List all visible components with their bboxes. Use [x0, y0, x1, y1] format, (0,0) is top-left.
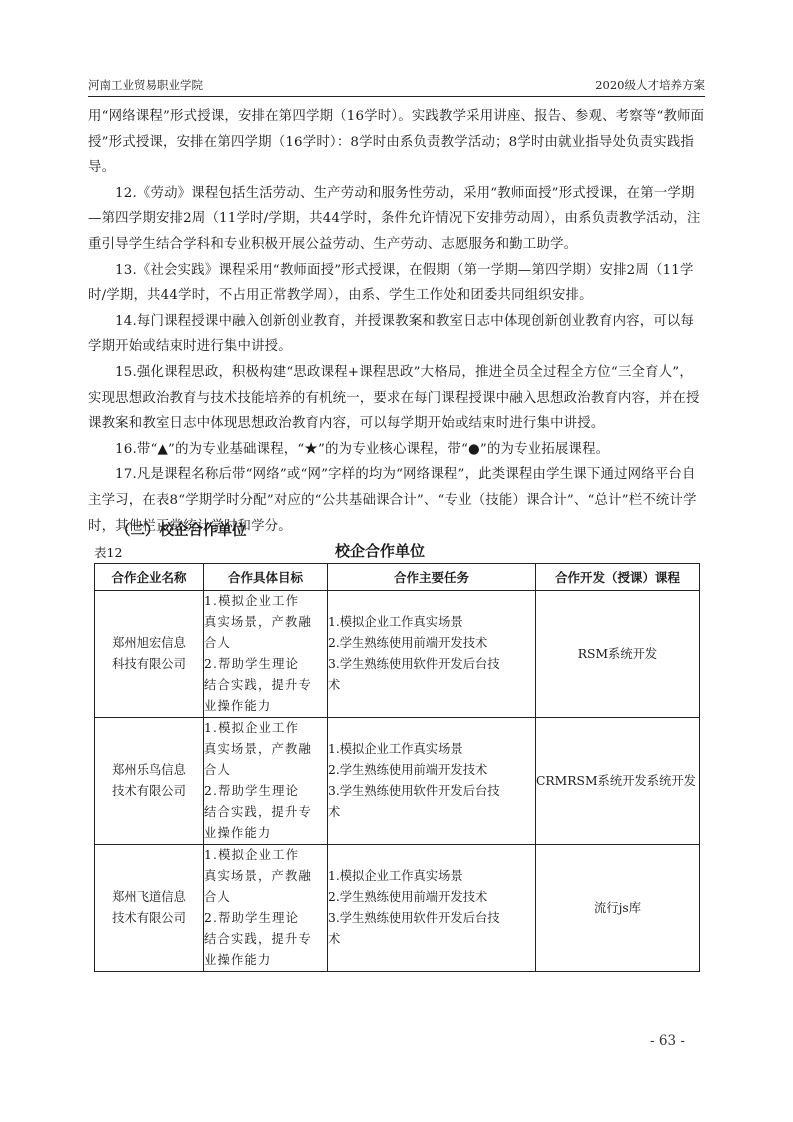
table-row: 郑州旭宏信息 科技有限公司 1.模拟企业工作 真实场景，产教融 合人 2.帮助学…	[95, 591, 700, 718]
column-header-tasks: 合作主要任务	[328, 564, 536, 591]
paragraph-item-12: 12.《劳动》课程包括生活劳动、生产劳动和服务性劳动，采用“教师面授”形式授课，…	[88, 181, 705, 258]
course-cell: RSM系统开发	[536, 591, 700, 718]
table-row: 郑州飞道信息 技术有限公司 1.模拟企业工作 真实场景，产教融 合人 2.帮助学…	[95, 845, 700, 972]
company-cell: 郑州旭宏信息 科技有限公司	[95, 591, 204, 718]
section-title: （二）校企合作单位	[116, 519, 247, 540]
course-cell: 流行js库	[536, 845, 700, 972]
paragraph-item-14: 14.每门课程授课中融入创新创业教育，并授课教案和教室日志中体现创新创业教育内容…	[88, 309, 705, 360]
page-number: - 63 -	[650, 1033, 685, 1049]
table-title: 校企合作单位	[335, 540, 425, 561]
header-institution: 河南工业贸易职业学院	[88, 77, 203, 93]
header-divider	[88, 96, 705, 97]
column-header-company: 合作企业名称	[95, 564, 204, 591]
paragraph-item-16: 16.带“▲”的为专业基础课程，“★”的为专业核心课程，带“●”的为专业拓展课程…	[88, 437, 705, 463]
goals-cell: 1.模拟企业工作 真实场景，产教融 合人 2.帮助学生理论 结合实践，提升专 业…	[204, 845, 328, 972]
tasks-cell: 1.模拟企业工作真实场景 2.学生熟练使用前端开发技术 3.学生熟练使用软件开发…	[328, 591, 536, 718]
body-text: 用“网络课程”形式授课，安排在第四学期（16学时）。实践教学采用讲座、报告、参观…	[88, 104, 705, 539]
table-label: 表12	[94, 543, 122, 561]
table-header-row: 合作企业名称 合作具体目标 合作主要任务 合作开发（授课）课程	[95, 564, 700, 591]
company-cell: 郑州乐鸟信息 技术有限公司	[95, 718, 204, 845]
company-cell: 郑州飞道信息 技术有限公司	[95, 845, 204, 972]
table-row: 郑州乐鸟信息 技术有限公司 1.模拟企业工作 真实场景，产教融 合人 2.帮助学…	[95, 718, 700, 845]
tasks-cell: 1.模拟企业工作真实场景 2.学生熟练使用前端开发技术 3.学生熟练使用软件开发…	[328, 718, 536, 845]
paragraph-item-13: 13.《社会实践》课程采用“教师面授”形式授课，在假期（第一学期—第四学期）安排…	[88, 258, 705, 309]
paragraph-continuation: 用“网络课程”形式授课，安排在第四学期（16学时）。实践教学采用讲座、报告、参观…	[88, 104, 705, 181]
goals-cell: 1.模拟企业工作 真实场景，产教融 合人 2.帮助学生理论 结合实践，提升专 业…	[204, 591, 328, 718]
cooperation-table: 合作企业名称 合作具体目标 合作主要任务 合作开发（授课）课程 郑州旭宏信息 科…	[94, 563, 700, 972]
course-cell: CRMRSM系统开发系统开发	[536, 718, 700, 845]
goals-cell: 1.模拟企业工作 真实场景，产教融 合人 2.帮助学生理论 结合实践，提升专 业…	[204, 718, 328, 845]
page-header: 河南工业贸易职业学院 2020级人才培养方案	[88, 77, 705, 97]
tasks-cell: 1.模拟企业工作真实场景 2.学生熟练使用前端开发技术 3.学生熟练使用软件开发…	[328, 845, 536, 972]
column-header-goals: 合作具体目标	[204, 564, 328, 591]
header-document-title: 2020级人才培养方案	[595, 77, 705, 93]
column-header-course: 合作开发（授课）课程	[536, 564, 700, 591]
paragraph-item-15: 15.强化课程思政，积极构建“思政课程+课程思政”大格局，推进全员全过程全方位“…	[88, 360, 705, 437]
